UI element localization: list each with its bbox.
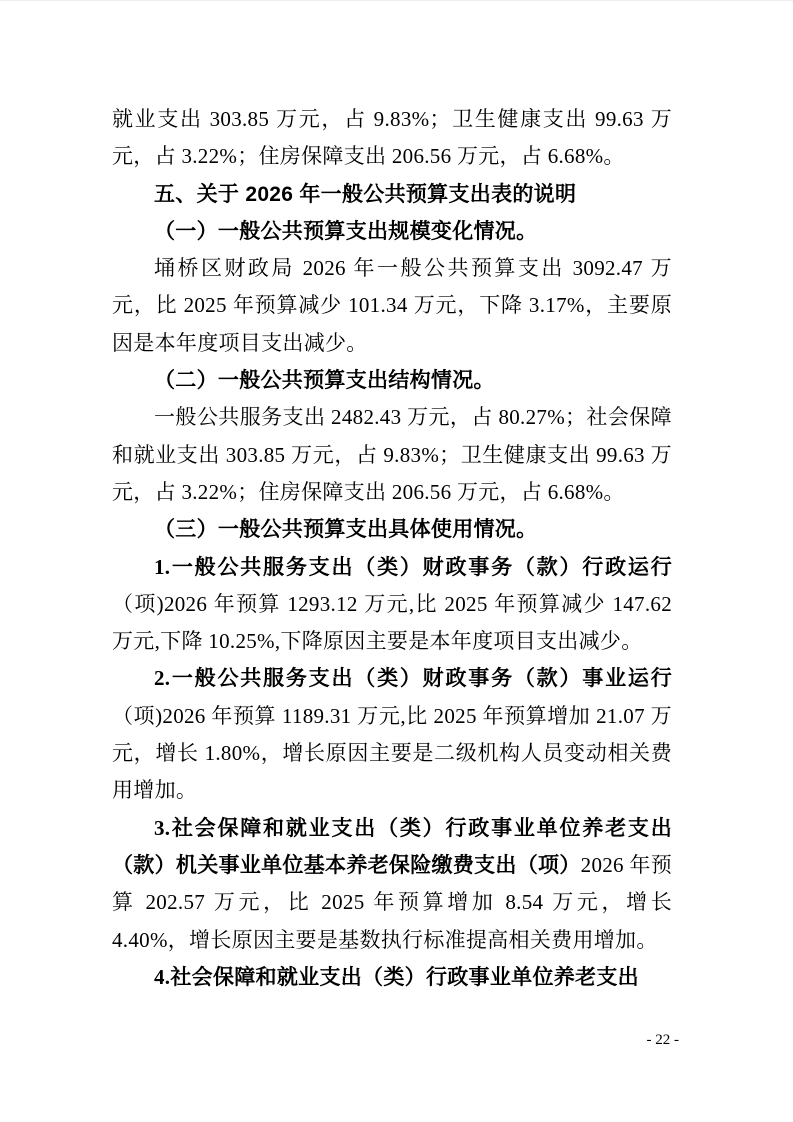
item-1-detail: （项)2026 年预算 1293.12 万元,比 2025 年预算减少 147.…: [112, 592, 672, 653]
numbered-item-4: 4.社会保障和就业支出（类）行政事业单位养老支出: [112, 959, 672, 996]
section-heading: 五、关于 2026 年一般公共预算支出表的说明: [112, 176, 672, 213]
item-2-detail: （项)2026 年预算 1189.31 万元,比 2025 年预算增加 21.0…: [112, 704, 672, 803]
body-paragraph-structure: 一般公共服务支出 2482.43 万元，占 80.27%；社会保障和就业支出 3…: [112, 399, 672, 511]
page-number: - 22 -: [0, 1029, 679, 1051]
numbered-item-1: 1.一般公共服务支出（类）财政事务（款）行政运行（项)2026 年预算 1293…: [112, 549, 672, 661]
subsection-heading-2: （二）一般公共预算支出结构情况。: [112, 362, 672, 399]
subsection-heading-1: （一）一般公共预算支出规模变化情况。: [112, 213, 672, 250]
continuation-paragraph: 就业支出 303.85 万元，占 9.83%；卫生健康支出 99.63 万元，占…: [112, 101, 672, 176]
body-paragraph-scale: 埇桥区财政局 2026 年一般公共预算支出 3092.47 万元，比 2025 …: [112, 250, 672, 362]
item-4-classification: 4.社会保障和就业支出（类）行政事业单位养老支出: [154, 965, 639, 989]
document-content: 就业支出 303.85 万元，占 9.83%；卫生健康支出 99.63 万元，占…: [112, 101, 672, 996]
document-page: 就业支出 303.85 万元，占 9.83%；卫生健康支出 99.63 万元，占…: [0, 0, 793, 1122]
numbered-item-2: 2.一般公共服务支出（类）财政事务（款）事业运行（项)2026 年预算 1189…: [112, 660, 672, 809]
item-1-classification: 1.一般公共服务支出（类）财政事务（款）行政运行: [154, 555, 672, 579]
subsection-heading-3: （三）一般公共预算支出具体使用情况。: [112, 511, 672, 548]
numbered-item-3: 3.社会保障和就业支出（类）行政事业单位养老支出（款）机关事业单位基本养老保险缴…: [112, 810, 672, 959]
item-2-classification: 2.一般公共服务支出（类）财政事务（款）事业运行: [154, 666, 672, 690]
